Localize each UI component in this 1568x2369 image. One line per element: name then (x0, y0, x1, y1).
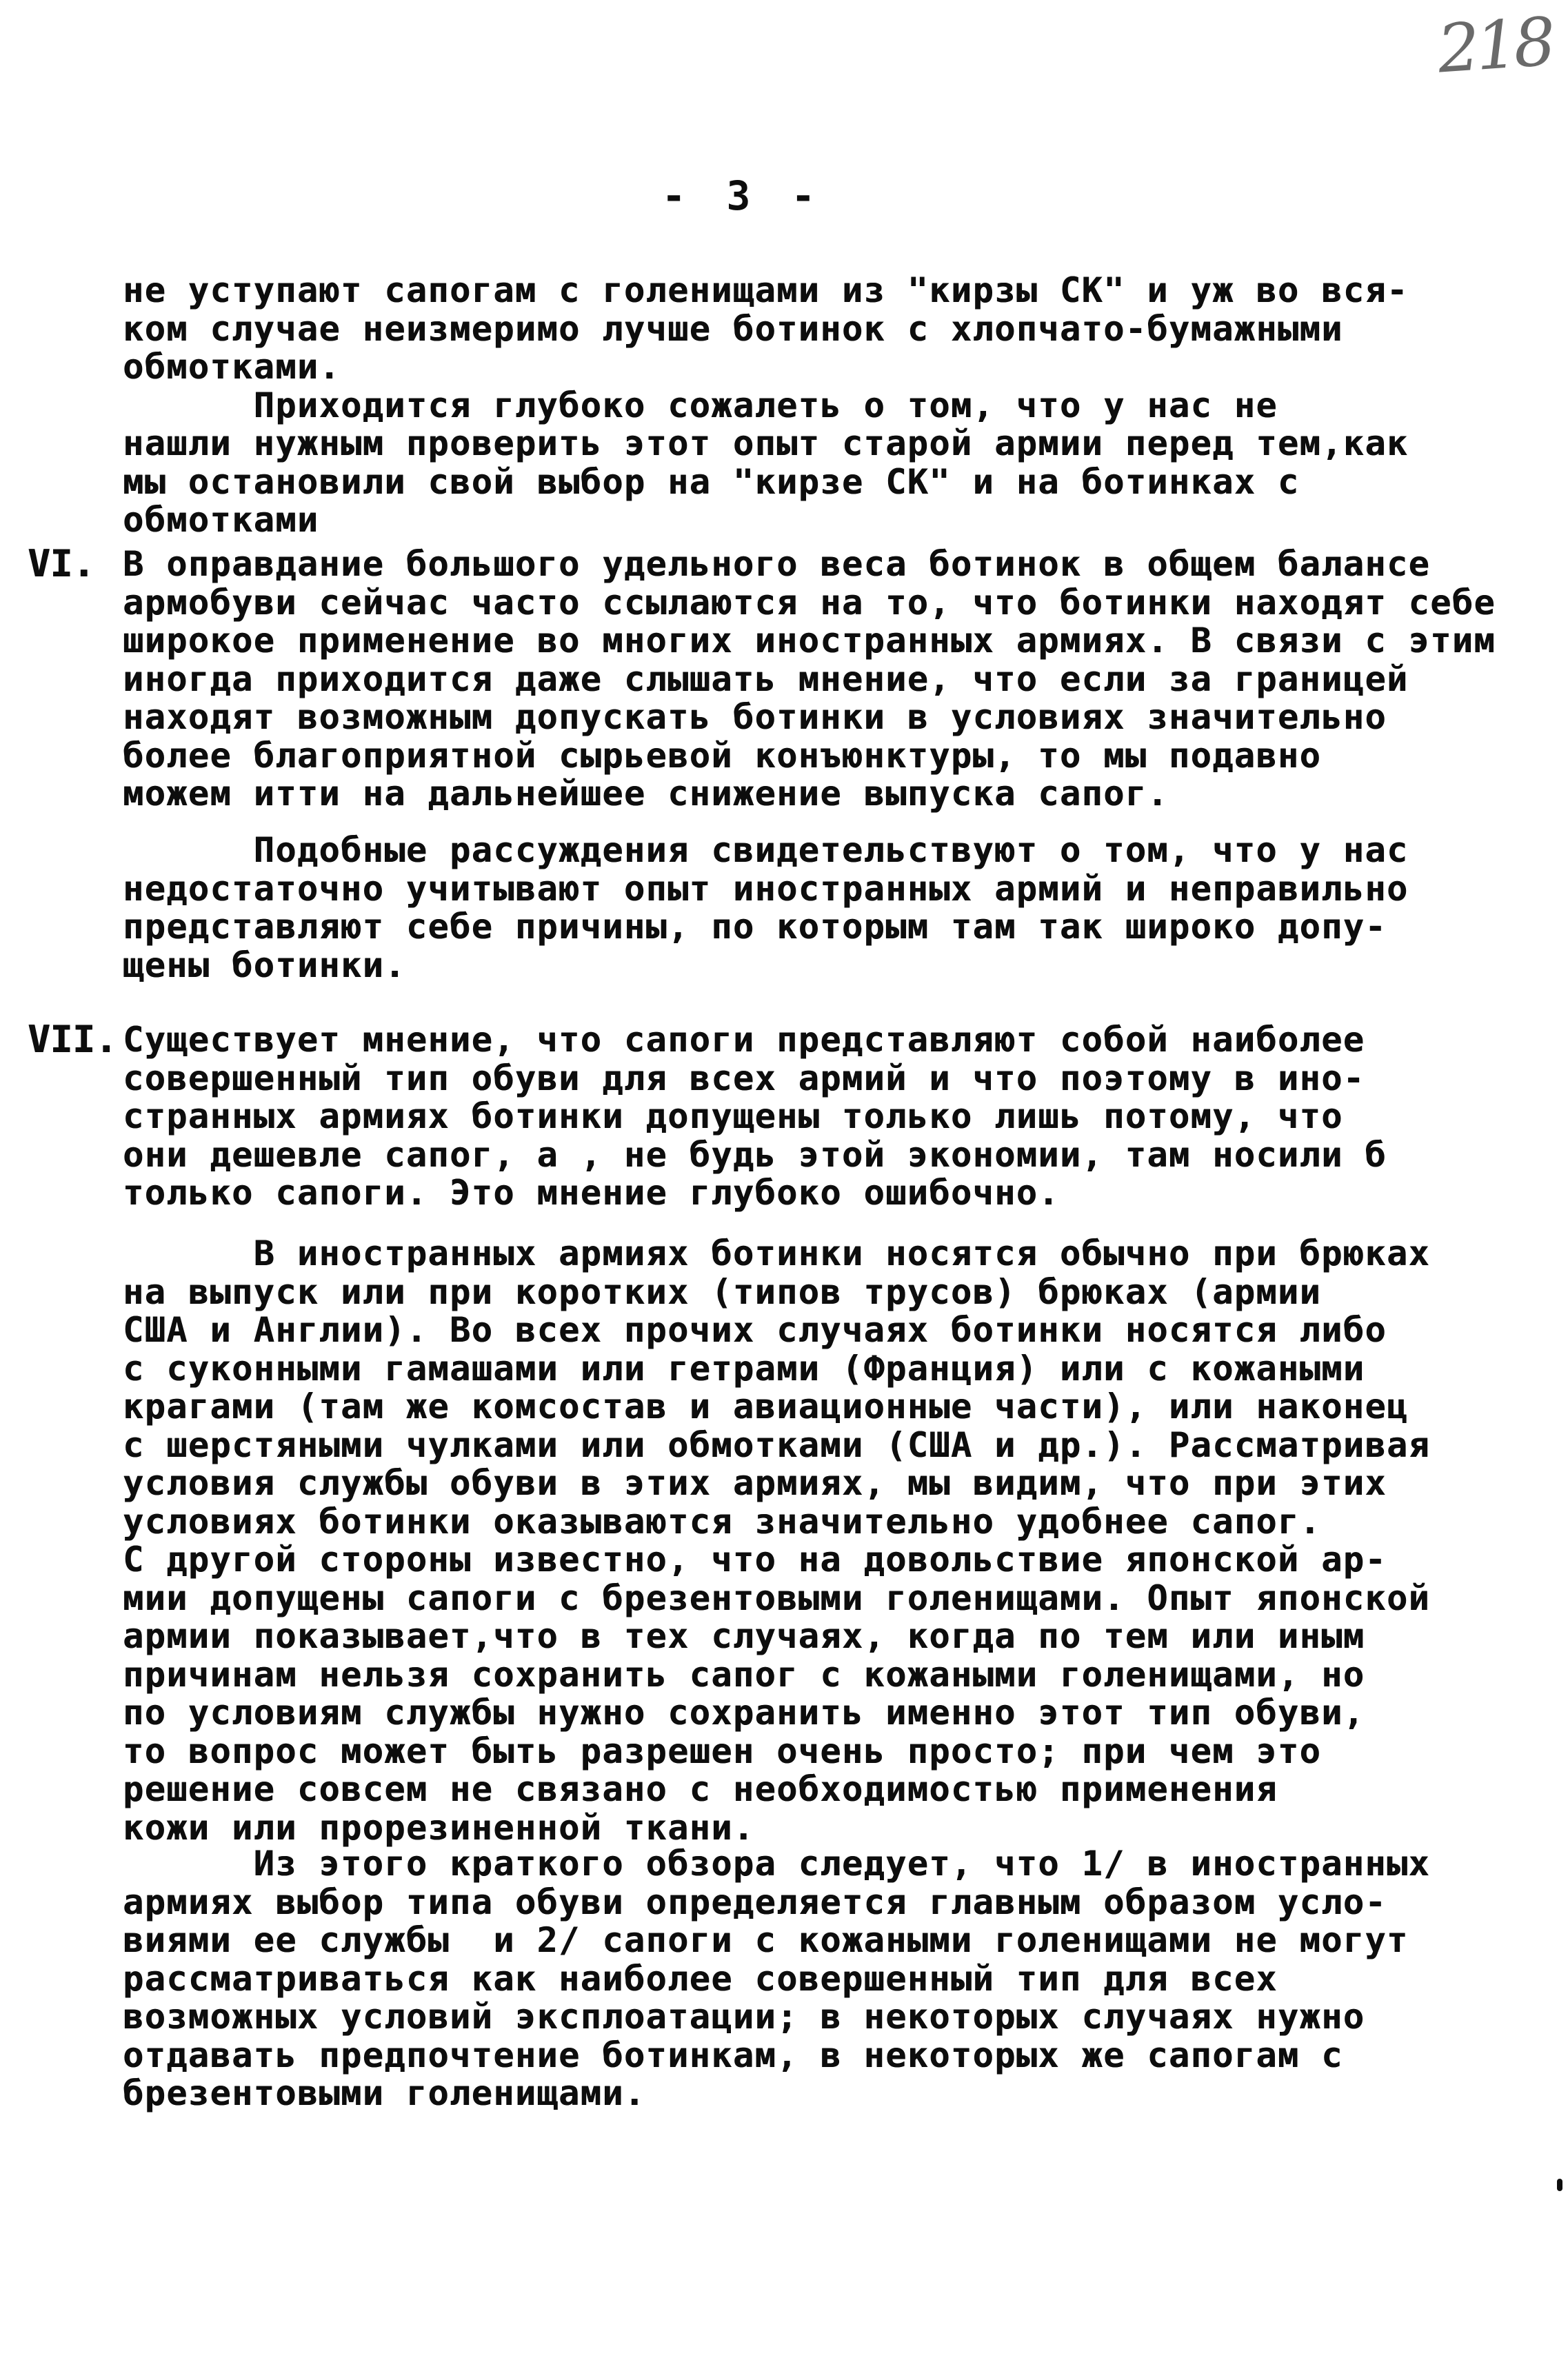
text-line: решение совсем не связано с необходимост… (123, 1770, 1278, 1808)
text-line: рассматриваться как наиболее совершенный… (123, 1959, 1278, 1998)
text-line: находят возможным допускать ботинки в ус… (123, 698, 1387, 736)
text-line: Существует мнение, что сапоги представля… (123, 1020, 1365, 1059)
text-line: мии допущены сапоги с брезентовыми голен… (123, 1579, 1430, 1617)
text-line: условиях ботинки оказываются значительно… (123, 1502, 1321, 1541)
text-line: только сапоги. Это мнение глубоко ошибоч… (123, 1173, 1060, 1212)
text-line: с суконными гамашами или гетрами (Франци… (123, 1349, 1365, 1388)
handwritten-folio-number: 218 (1435, 3, 1554, 88)
text-line: крагами (там же комсостав и авиационные … (123, 1387, 1409, 1426)
text-line: с шерстяными чулками или обмотками (США … (123, 1426, 1430, 1464)
stray-ink-mark (1557, 2179, 1562, 2191)
section-label-vii: VII. (28, 1020, 117, 1059)
text-line: В иностранных армиях ботинки носятся обы… (123, 1234, 1430, 1273)
text-line: то вопрос может быть разрешен очень прос… (123, 1732, 1321, 1771)
text-line: можем итти на дальнейшее снижение выпуск… (123, 774, 1169, 813)
text-line: Из этого краткого обзора следует, что 1/… (123, 1844, 1430, 1883)
text-line: на выпуск или при коротких (типов трусов… (123, 1273, 1321, 1311)
text-line: широкое применение во многих иностранных… (123, 621, 1496, 660)
text-line: причинам нельзя сохранить сапог с кожаны… (123, 1655, 1365, 1694)
text-line: мы остановили свой выбор на "кирзе СК" и… (123, 463, 1300, 501)
text-line: Подобные рассуждения свидетельствуют о т… (123, 831, 1409, 869)
text-line: С другой стороны известно, что на доволь… (123, 1540, 1387, 1579)
text-line: более благоприятной сырьевой конъюнктуры… (123, 736, 1321, 775)
section-label-vi: VI. (28, 545, 95, 583)
text-line: они дешевле сапог, а , не будь этой экон… (123, 1136, 1387, 1174)
text-line: по условиям службы нужно сохранить именн… (123, 1693, 1365, 1732)
text-line: щены ботинки. (123, 946, 406, 985)
text-line: обмотками (123, 501, 319, 539)
text-line: армии показывает,что в тех случаях, когд… (123, 1617, 1365, 1655)
text-line: ком случае неизмеримо лучше ботинок с хл… (123, 310, 1343, 348)
text-line: иногда приходится даже слышать мнение, ч… (123, 660, 1409, 698)
text-line: отдавать предпочтение ботинкам, в некото… (123, 2036, 1343, 2075)
text-line: виями ее службы и 2/ сапоги с кожаными г… (123, 1921, 1409, 1959)
page-number: - 3 - (0, 172, 1568, 219)
text-line: армиях выбор типа обуви определяется гла… (123, 1883, 1387, 1922)
text-line: США и Англии). Во всех прочих случаях бо… (123, 1311, 1387, 1349)
text-line: кожи или прорезиненной ткани. (123, 1808, 754, 1847)
text-line: странных армиях ботинки допущены только … (123, 1097, 1343, 1136)
text-line: нашли нужным проверить этот опыт старой … (123, 424, 1409, 463)
text-line: не уступают сапогам с голенищами из "кир… (123, 271, 1409, 310)
text-line: В оправдание большого удельного веса бот… (123, 545, 1430, 583)
text-line: Приходится глубоко сожалеть о том, что у… (123, 386, 1278, 425)
text-line: армобуви сейчас часто ссылаются на то, ч… (123, 583, 1496, 622)
text-line: возможных условий эксплоатации; в некото… (123, 1997, 1365, 2036)
text-line: совершенный тип обуви для всех армий и ч… (123, 1059, 1365, 1098)
text-line: брезентовыми голенищами. (123, 2074, 645, 2113)
text-line: условия службы обуви в этих армиях, мы в… (123, 1464, 1387, 1502)
text-line: обмотками. (123, 347, 341, 386)
document-page: 218 - 3 - не уступают сапогам с голенища… (0, 0, 1568, 2369)
text-line: недостаточно учитывают опыт иностранных … (123, 869, 1409, 908)
text-line: представляют себе причины, по которым та… (123, 907, 1387, 946)
